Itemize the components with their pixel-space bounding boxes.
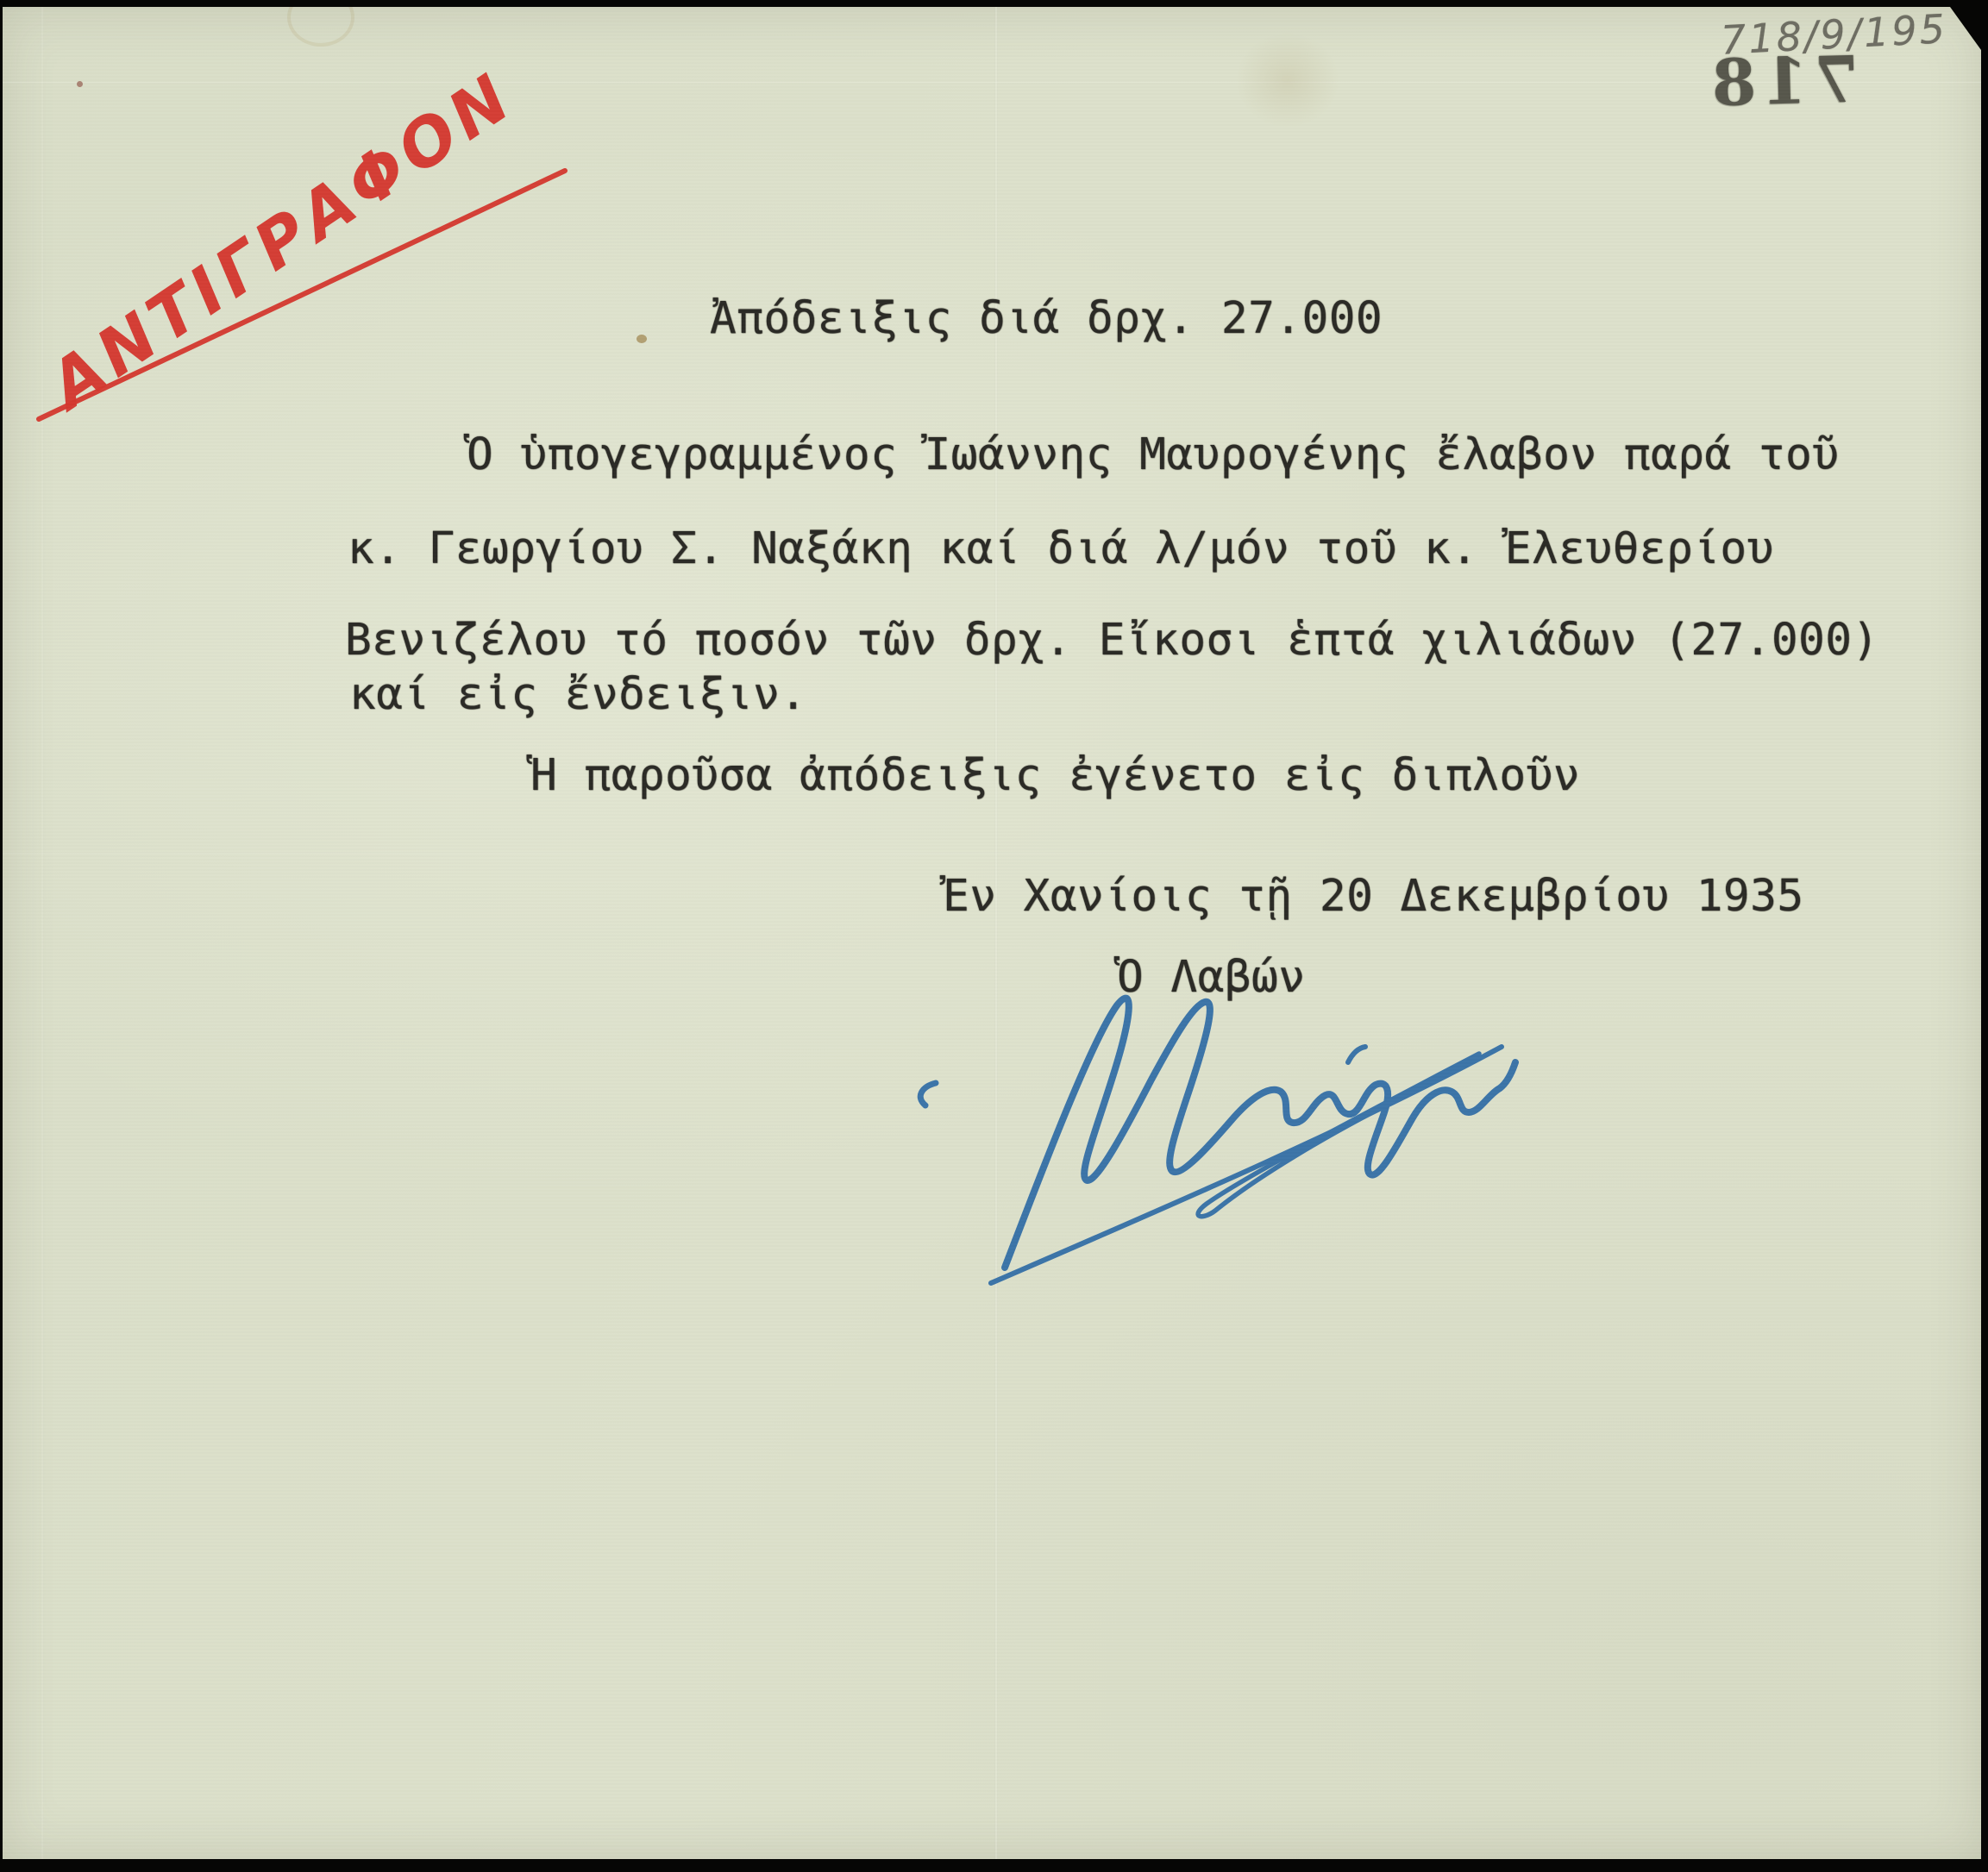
signature-stroke — [1005, 999, 1515, 1268]
date-line: Ἐν Χανίοις τῇ 20 Δεκεμβρίου 1935 — [943, 874, 1804, 918]
scanned-document: 718/9/195 718 ΑΝΤΙΓΡΑΦΟΝ Ἀπόδειξις διά δ… — [0, 0, 1988, 1872]
signature-stroke — [1198, 1054, 1479, 1217]
body-line-1: Ὁ ὑπογεγραμμένος Ἰωάννης Μαυρογένης ἔλαβ… — [467, 433, 1839, 477]
body-line-4: καί εἰς ἔνδειξιν. — [349, 673, 806, 717]
horizontal-fold-crease-2 — [3, 852, 1981, 855]
duplicate-note-line: Ἡ παροῦσα ἀπόδειξις ἐγένετο εἰς διπλοῦν — [530, 754, 1580, 798]
stamp-number-bleedthrough: 718 — [1699, 48, 1865, 116]
body-line-3: Βενιζέλου τό ποσόν τῶν δρχ. Εἴκοσι ἑπτά … — [345, 618, 1879, 662]
copy-annotation-text: ΑΝΤΙΓΡΑΦΟΝ — [32, 57, 528, 426]
body-line-2: κ. Γεωργίου Σ. Ναξάκη καί διά λ/μόν τοῦ … — [348, 527, 1774, 571]
smudge-stain — [1236, 33, 1339, 128]
receipt-title: Ἀπόδειξις διά δρχ. 27.000 — [710, 297, 1383, 341]
signature — [882, 973, 1555, 1318]
signature-stroke — [920, 1083, 936, 1105]
vertical-fold-crease — [994, 7, 998, 1859]
signature-stroke — [1348, 1047, 1365, 1062]
paper-sheet: 718/9/195 718 ΑΝΤΙΓΡΑΦΟΝ Ἀπόδειξις διά δ… — [3, 7, 1981, 1859]
ring-stain — [287, 0, 354, 47]
